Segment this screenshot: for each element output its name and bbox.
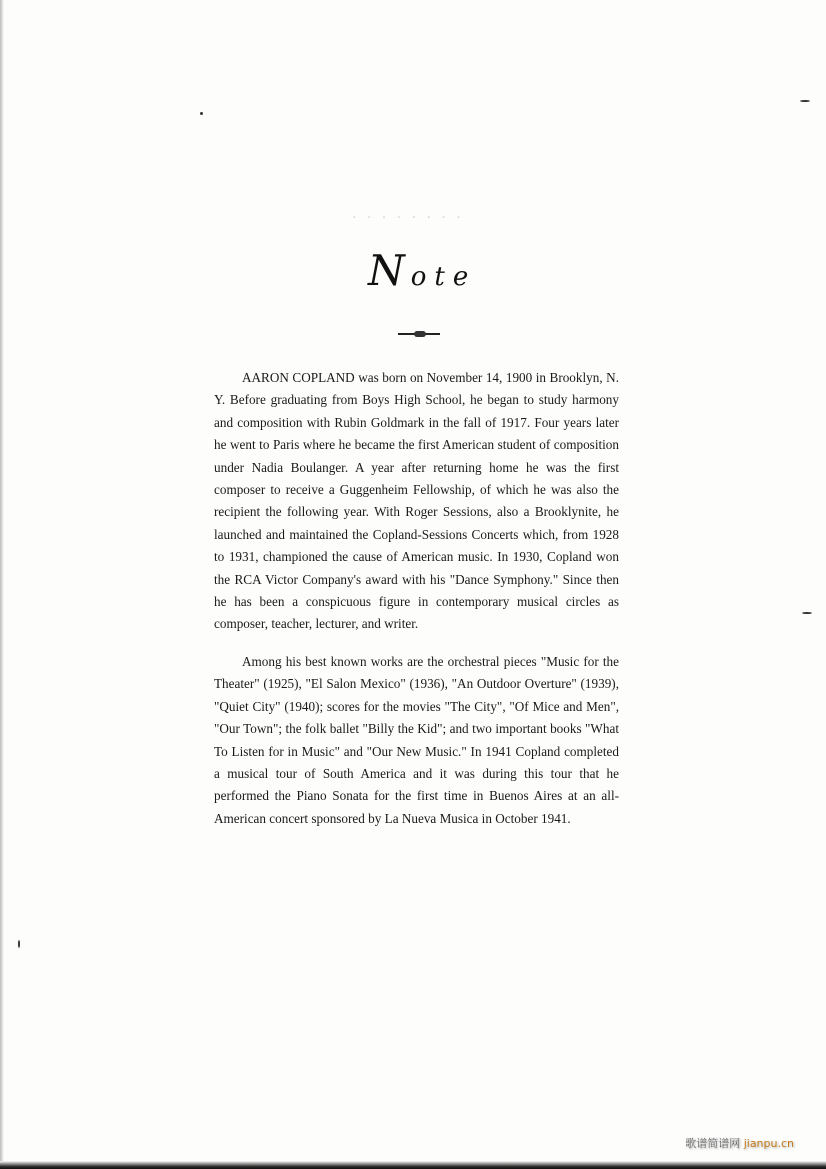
paragraph-works: Among his best known works are the orche… [214,651,619,830]
page-title: Note [368,246,476,295]
watermark-site-name: 歌谱简谱网 [685,1137,740,1150]
scan-speck [800,100,810,102]
watermark-url: jianpu.cn [744,1137,794,1150]
scan-speck [18,940,20,948]
watermark: 歌谱简谱网 jianpu.cn [685,1135,794,1151]
page-edge-left [0,0,4,1169]
page-edge-bottom [0,1161,826,1169]
scan-speck [802,612,812,614]
scan-speck [200,112,203,115]
title-rest: ote [411,262,477,292]
title-initial: N [368,246,411,295]
body-text: AARON COPLAND was born on November 14, 1… [214,367,619,830]
faded-heading: · · · · · · · · [352,210,604,240]
divider-knot [414,331,426,337]
ornament-divider [398,331,440,337]
paragraph-biography: AARON COPLAND was born on November 14, 1… [214,367,619,636]
